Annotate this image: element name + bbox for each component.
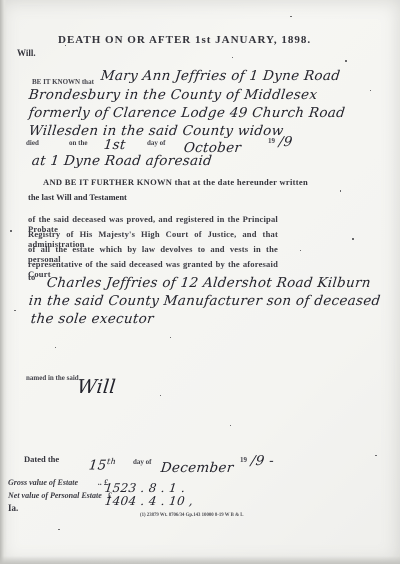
printer-imprint: (1) 23879 Wt. 8706/34 Gp.143 10000 8-19 … xyxy=(140,513,243,518)
day-of-label: day of xyxy=(147,139,165,147)
scan-speck xyxy=(14,310,16,311)
death-year-printed: 19 xyxy=(268,137,275,145)
form-code: Ia. xyxy=(8,503,18,513)
scan-speck xyxy=(352,238,354,240)
dated-month-value: December xyxy=(160,460,234,476)
further-known-line-2: the last Will and Testament xyxy=(28,192,127,202)
scan-edge-left xyxy=(0,0,7,564)
scan-speck xyxy=(10,230,12,232)
document-title: DEATH ON OR AFTER 1st JANUARY, 1898. xyxy=(58,34,311,46)
will-signature: Will xyxy=(76,376,117,398)
deceased-address-line-3: Willesden in the said County widow xyxy=(28,123,284,139)
deceased-name-line: Mary Ann Jeffries of 1 Dyne Road xyxy=(100,68,341,84)
scan-speck xyxy=(160,395,161,396)
death-year-written: /9 xyxy=(278,134,293,150)
scan-speck xyxy=(170,337,171,338)
grantee-detail-line: in the said County Manufacturer son of d… xyxy=(28,293,381,309)
named-in-said-label: named in the said xyxy=(26,374,79,382)
died-label: died xyxy=(26,139,39,147)
scan-speck xyxy=(65,45,66,46)
deceased-address-line-1: Brondesbury in the County of Middlesex xyxy=(28,87,318,103)
scan-speck xyxy=(345,60,347,62)
net-value-row: Net value of Personal Estate £ xyxy=(8,491,112,500)
form-type-label: Will. xyxy=(17,48,36,58)
scan-speck xyxy=(300,250,301,251)
scan-speck xyxy=(370,90,371,91)
be-it-known-label: BE IT KNOWN that xyxy=(32,78,94,86)
dated-day-value: 15th xyxy=(88,456,117,474)
death-day-value: 1st xyxy=(103,137,127,153)
deceased-address-line-2: formerly of Clarence Lodge 49 Church Roa… xyxy=(28,105,346,121)
scan-speck xyxy=(375,455,377,456)
on-the-label: on the xyxy=(69,139,87,147)
dated-year-printed: 19 xyxy=(240,456,247,464)
scan-speck xyxy=(55,347,56,348)
dated-year-written: /9 - xyxy=(250,453,275,469)
gross-value-label: Gross value of Estate xyxy=(8,478,78,487)
gross-value-row: Gross value of Estate .. £ xyxy=(8,478,108,487)
residence-line: at 1 Dyne Road aforesaid xyxy=(31,153,213,169)
dated-label: Dated the xyxy=(24,454,59,464)
scan-speck xyxy=(290,16,292,17)
grantee-name-line: Charles Jeffries of 12 Aldershot Road Ki… xyxy=(46,275,372,291)
dated-day-of-label: day of xyxy=(133,458,151,466)
dated-day-number: 15 xyxy=(88,458,107,474)
scan-speck xyxy=(58,529,60,530)
scanned-probate-document: DEATH ON OR AFTER 1st JANUARY, 1898. Wil… xyxy=(0,0,400,564)
scan-speck xyxy=(230,425,231,426)
grantee-executor-line: the sole executor xyxy=(30,311,155,327)
net-value-amount: 1404 . 4 . 10 , xyxy=(104,494,194,508)
scan-speck xyxy=(232,57,233,58)
scan-speck xyxy=(340,190,341,192)
further-known-line-1: AND BE IT FURTHER KNOWN that at the date… xyxy=(43,177,308,187)
gross-value-amount: 1523 . 8 . 1 . xyxy=(104,481,186,495)
dated-day-suffix: th xyxy=(107,456,117,466)
net-value-label: Net value of Personal Estate xyxy=(8,491,102,500)
scan-edge-bottom xyxy=(0,556,400,564)
